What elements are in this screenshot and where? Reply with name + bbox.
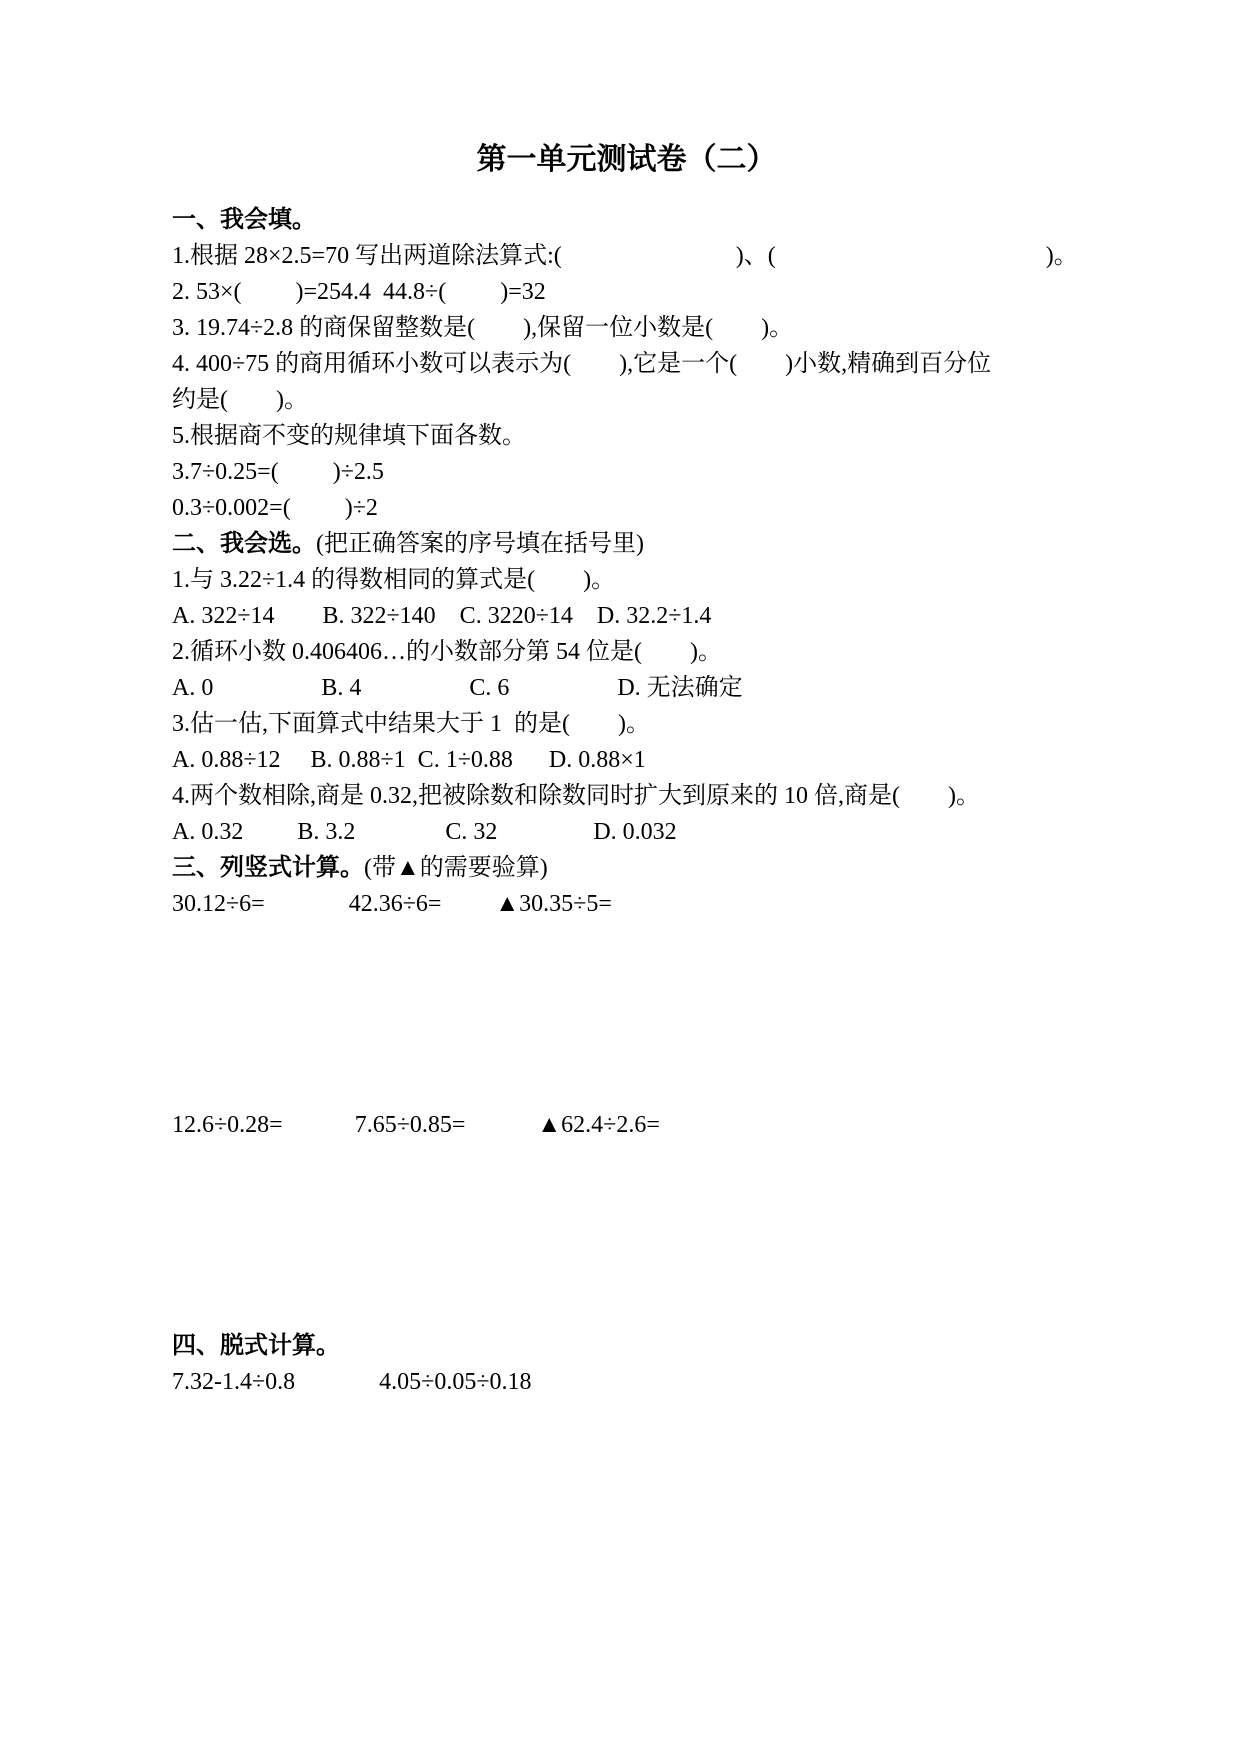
fill-q5-equation-1-text: 3.7÷0.25=( )÷2.5 (172, 459, 384, 485)
section-1-heading-label: 一、我会填。 (172, 206, 316, 233)
fill-q1-division-equations: 1.根据 28×2.5=70 写出两道除法算式:( )、( )。 (172, 238, 1081, 274)
fill-q4-continuation: 约是( )。 (172, 382, 1081, 418)
fill-q3-rounding: 3. 19.74÷2.8 的商保留整数是( ),保留一位小数是( )。 (172, 310, 1081, 346)
fill-q4-text: 4. 400÷75 的商用循环小数可以表示为( ),它是一个( )小数,精确到百… (172, 351, 991, 377)
column-calc-row-1: 30.12÷6= 42.36÷6= ▲30.35÷5= (172, 886, 1081, 922)
fill-q3-text: 3. 19.74÷2.8 的商保留整数是( ),保留一位小数是( )。 (172, 315, 793, 341)
choice-q1: 1.与 3.22÷1.4 的得数相同的算式是( )。 (172, 562, 1081, 598)
choice-q3: 3.估一估,下面算式中结果大于 1 的是( )。 (172, 706, 1081, 742)
fill-q5-equation-2: 0.3÷0.002=( )÷2 (172, 490, 1081, 526)
section-3-heading-label: 三、列竖式计算。 (172, 854, 364, 881)
choice-q2-options: A. 0 B. 4 C. 6 D. 无法确定 (172, 670, 1081, 706)
fill-q2-text: 2. 53×( )=254.4 44.8÷( )=32 (172, 279, 546, 305)
fill-q5-equation-1: 3.7÷0.25=( )÷2.5 (172, 454, 1081, 490)
section-3-heading: 三、列竖式计算。(带▲的需要验算) (172, 850, 1081, 886)
step-calc-row-text: 7.32-1.4÷0.8 4.05÷0.05÷0.18 (172, 1369, 532, 1395)
choice-q3-options: A. 0.88÷12 B. 0.88÷1 C. 1÷0.88 D. 0.88×1 (172, 742, 1081, 778)
column-calc-row-1-text: 30.12÷6= 42.36÷6= ▲30.35÷5= (172, 891, 612, 917)
fill-q5-instruction: 5.根据商不变的规律填下面各数。 (172, 418, 1081, 454)
section-1-heading: 一、我会填。 (172, 202, 1081, 238)
choice-q4: 4.两个数相除,商是 0.32,把被除数和除数同时扩大到原来的 10 倍,商是(… (172, 778, 1081, 814)
fill-q4-continuation-text: 约是( )。 (172, 387, 308, 413)
choice-q4-options: A. 0.32 B. 3.2 C. 32 D. 0.032 (172, 814, 1081, 850)
column-calc-row-2-text: 12.6÷0.28= 7.65÷0.85= ▲62.4÷2.6= (172, 1112, 660, 1138)
choice-q4-options-text: A. 0.32 B. 3.2 C. 32 D. 0.032 (172, 819, 677, 845)
choice-q1-text: 1.与 3.22÷1.4 的得数相同的算式是( )。 (172, 567, 615, 593)
choice-q2-text: 2.循环小数 0.406406…的小数部分第 54 位是( )。 (172, 639, 722, 665)
section-2-heading-note: (把正确答案的序号填在括号里) (316, 531, 644, 557)
section-2-heading: 二、我会选。(把正确答案的序号填在括号里) (172, 526, 1081, 562)
choice-q3-text: 3.估一估,下面算式中结果大于 1 的是( )。 (172, 711, 650, 737)
section-4-heading: 四、脱式计算。 (172, 1328, 1081, 1364)
choice-q3-options-text: A. 0.88÷12 B. 0.88÷1 C. 1÷0.88 D. 0.88×1 (172, 747, 646, 773)
step-calc-row: 7.32-1.4÷0.8 4.05÷0.05÷0.18 (172, 1364, 1081, 1400)
choice-q2-options-text: A. 0 B. 4 C. 6 D. 无法确定 (172, 675, 743, 701)
choice-q2: 2.循环小数 0.406406…的小数部分第 54 位是( )。 (172, 634, 1081, 670)
column-calc-row-2: 12.6÷0.28= 7.65÷0.85= ▲62.4÷2.6= (172, 1107, 1081, 1143)
choice-q4-text: 4.两个数相除,商是 0.32,把被除数和除数同时扩大到原来的 10 倍,商是(… (172, 783, 980, 809)
section-3-heading-note: (带▲的需要验算) (364, 855, 548, 881)
fill-q1-text: 1.根据 28×2.5=70 写出两道除法算式:( )、( )。 (172, 243, 1078, 269)
choice-q1-options: A. 322÷14 B. 322÷140 C. 3220÷14 D. 32.2÷… (172, 598, 1081, 634)
math-test-paper: 第一单元测试卷（二） 一、我会填。 1.根据 28×2.5=70 写出两道除法算… (0, 0, 1241, 1754)
fill-q5-equation-2-text: 0.3÷0.002=( )÷2 (172, 495, 378, 521)
fill-q2-multiply-divide: 2. 53×( )=254.4 44.8÷( )=32 (172, 274, 1081, 310)
section-2-heading-label: 二、我会选。 (172, 530, 316, 557)
section-4-heading-label: 四、脱式计算。 (172, 1332, 340, 1359)
choice-q1-options-text: A. 322÷14 B. 322÷140 C. 3220÷14 D. 32.2÷… (172, 603, 711, 629)
page-title: 第一单元测试卷（二） (172, 140, 1081, 180)
fill-q4-repeating-decimal: 4. 400÷75 的商用循环小数可以表示为( ),它是一个( )小数,精确到百… (172, 346, 1081, 382)
fill-q5-text: 5.根据商不变的规律填下面各数。 (172, 423, 526, 449)
